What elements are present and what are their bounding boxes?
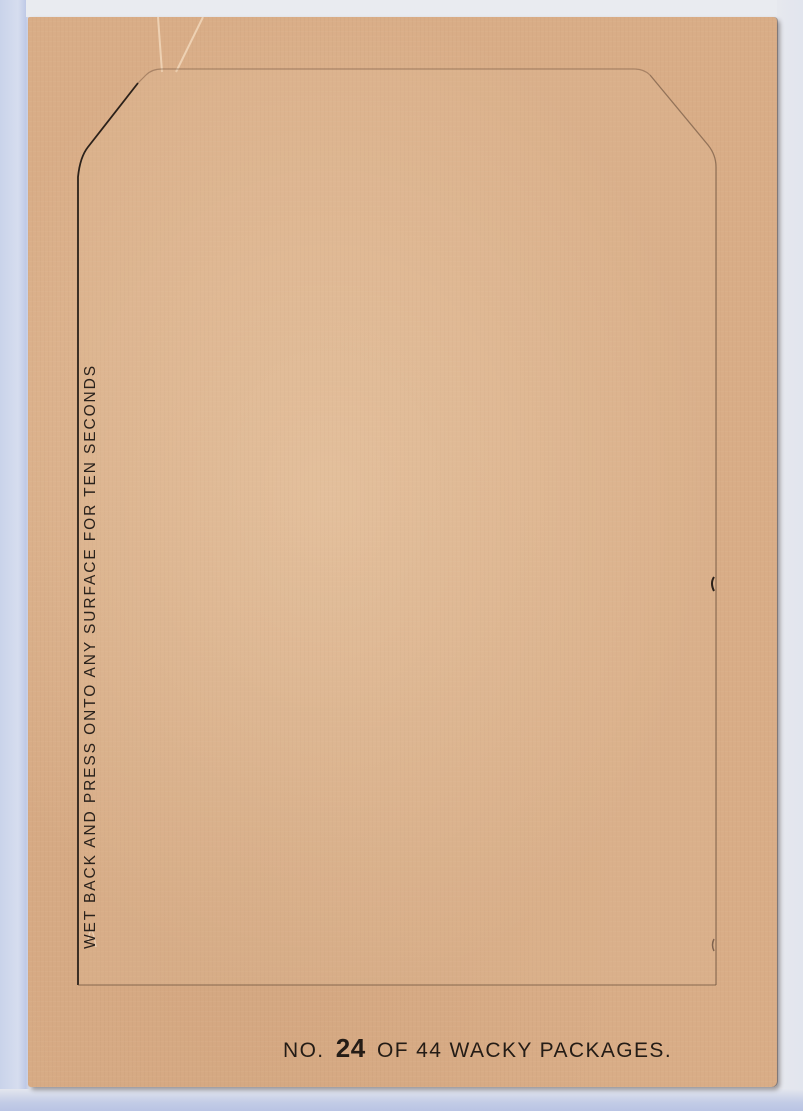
sticker-diecut-outline	[28, 17, 777, 1087]
card-number-line: NO. 24 OF 44 WACKY PACKAGES.	[283, 1033, 672, 1064]
paper-texture	[28, 17, 777, 1087]
sticker-card-back: WET BACK AND PRESS ONTO ANY SURFACE FOR …	[28, 17, 777, 1087]
holder-top-edge	[26, 0, 803, 17]
card-number: 24	[336, 1033, 366, 1063]
holder-bottom-edge	[0, 1089, 803, 1111]
number-prefix: NO.	[283, 1039, 325, 1062]
holder-right-edge	[777, 0, 803, 1111]
moisten-instructions: WET BACK AND PRESS ONTO ANY SURFACE FOR …	[82, 364, 100, 949]
number-suffix: OF 44 WACKY PACKAGES.	[377, 1039, 672, 1062]
